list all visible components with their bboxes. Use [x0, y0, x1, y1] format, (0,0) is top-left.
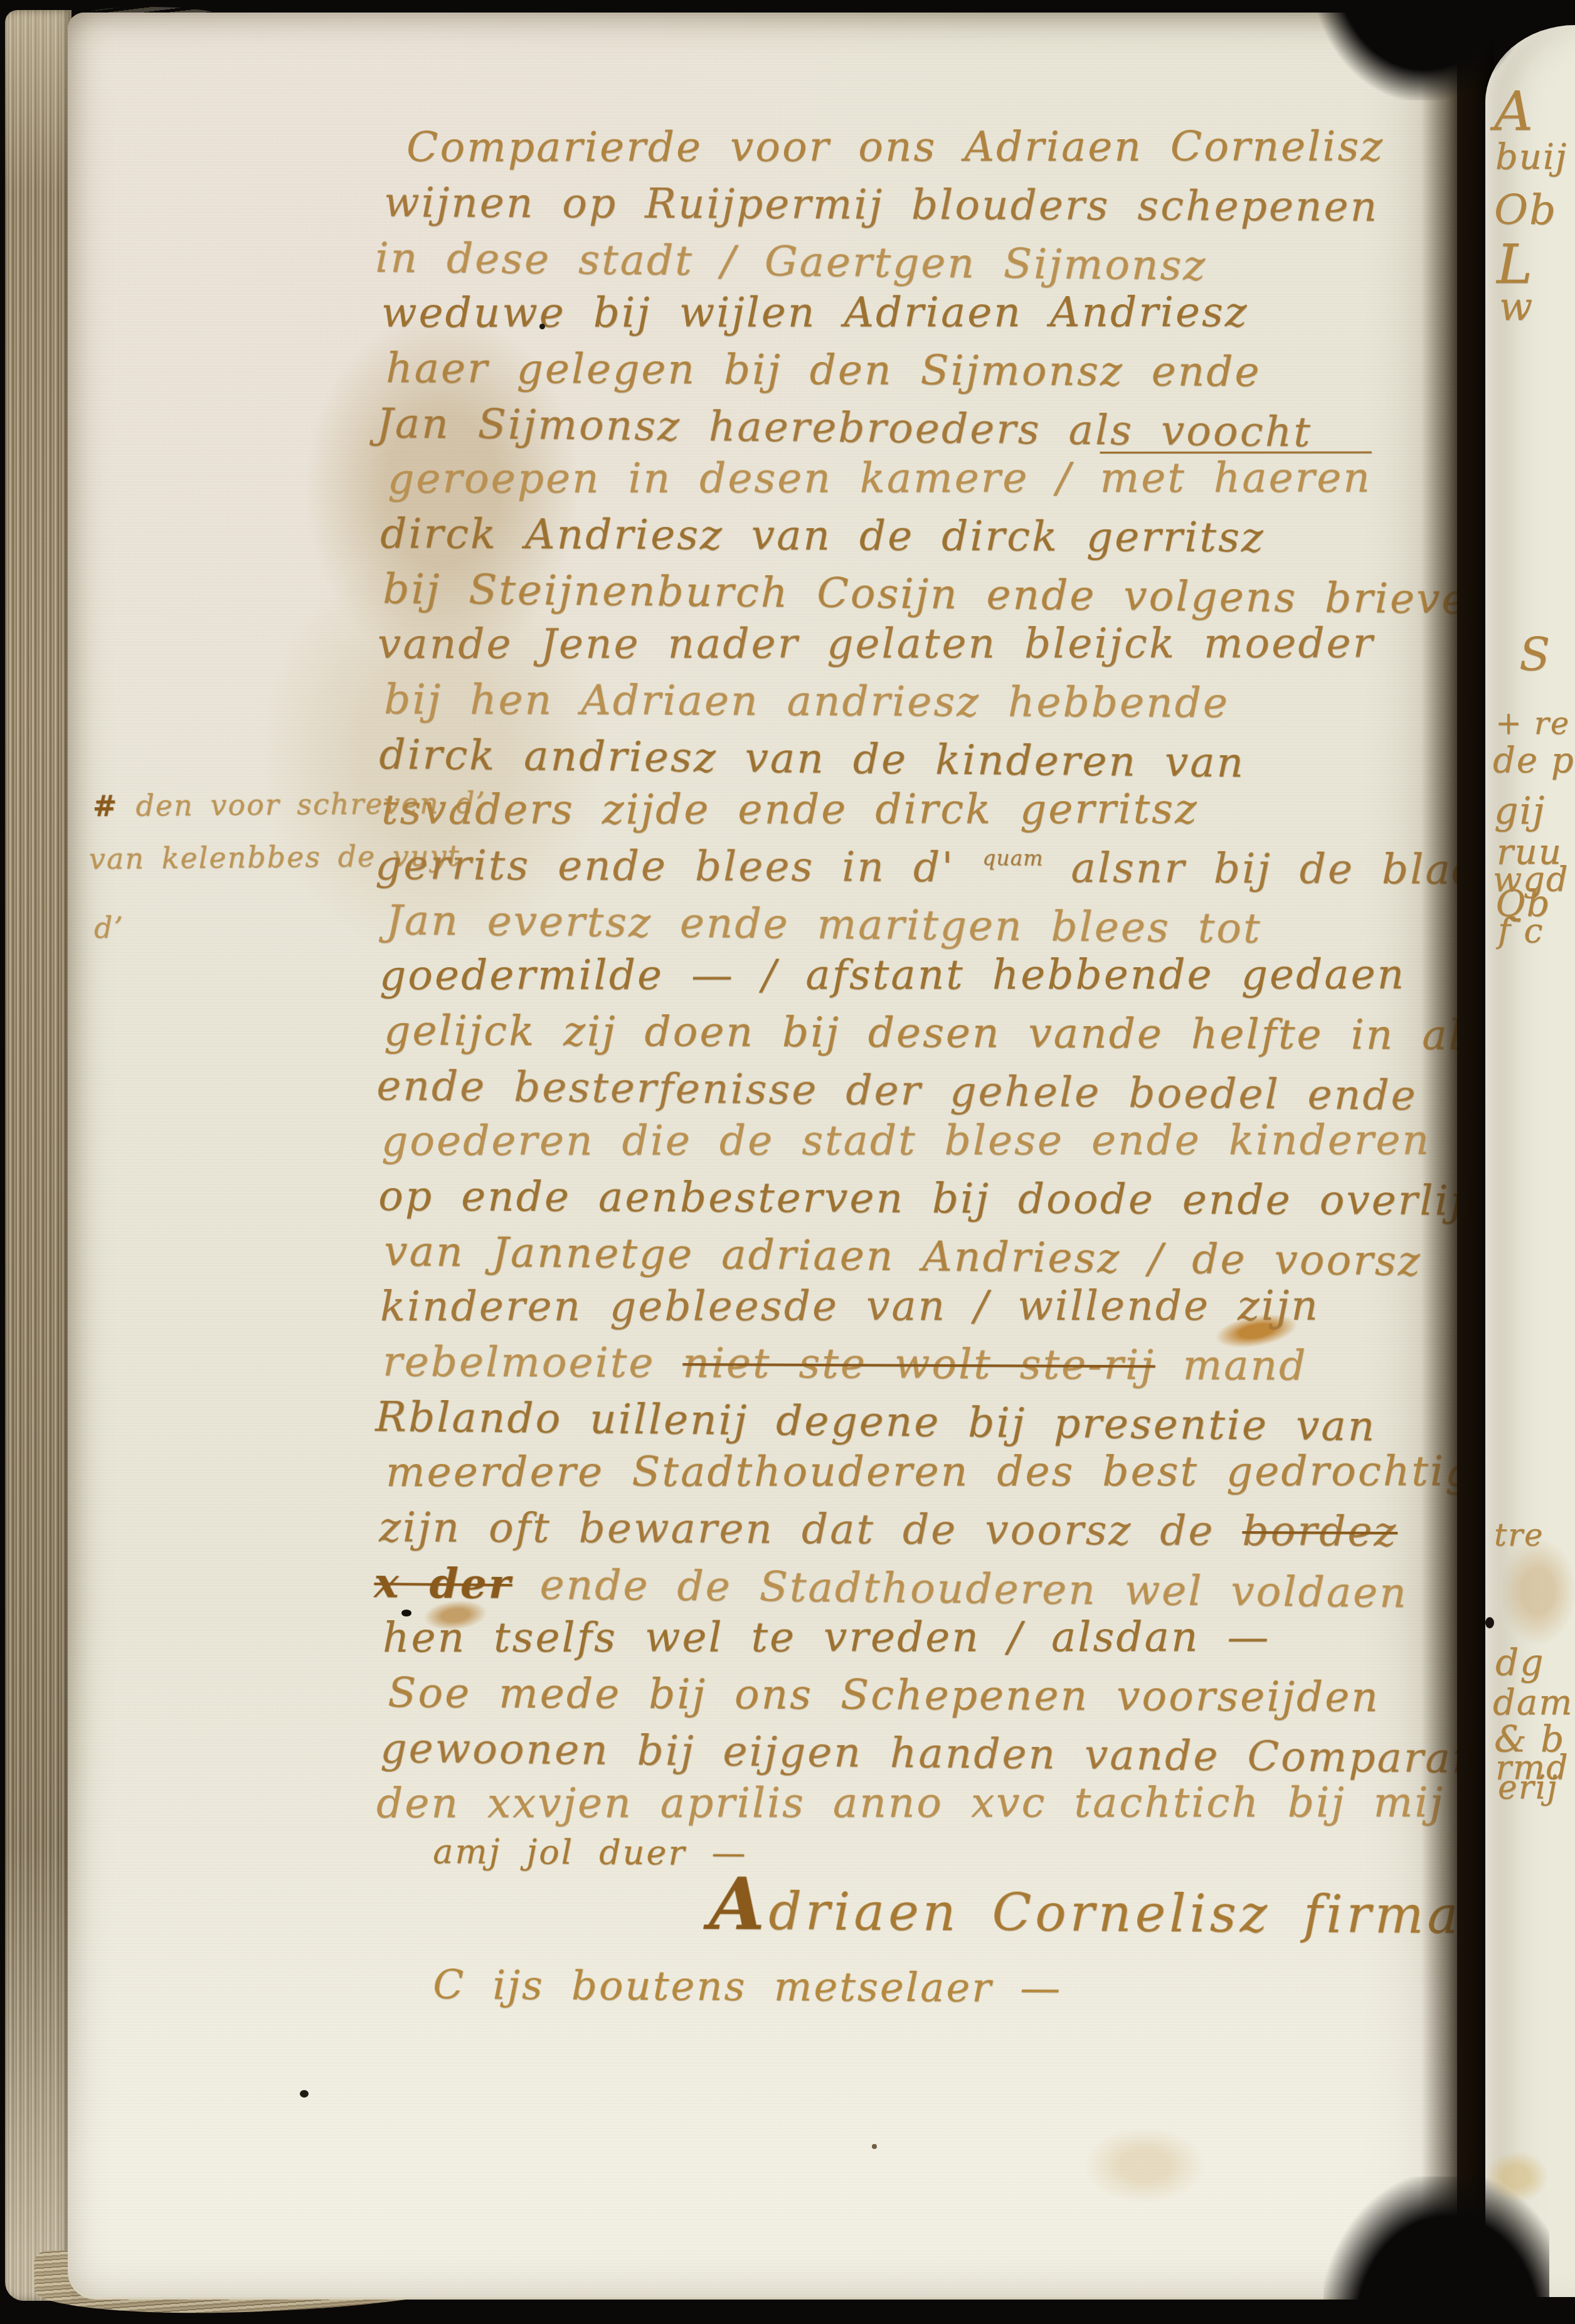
handwritten-line: Soe mede bij ons Schepenen voorseijden: [388, 1669, 1380, 1721]
handwriting-segment: gerrits ende blees in d': [375, 841, 982, 891]
facing-line-fragment: de p: [1493, 740, 1575, 781]
handwriting-segment: geroepen in desen kamere /: [388, 454, 1100, 502]
handwriting-segment: ende de Stadthouderen wel voldaen: [512, 1560, 1408, 1617]
signature: Adriaen Cornelisz firma: [709, 1862, 1457, 1950]
handwritten-line: weduwe bij wijlen Adriaen Andriesz: [381, 288, 1249, 337]
handwriting-segment: den xxvjen aprilis anno xvc tachtich bij…: [376, 1778, 1445, 1827]
closing-fragment: amj jol duer —: [433, 1832, 748, 1873]
handwriting-segment: weduwe bij wijlen Adriaen Andriesz: [381, 288, 1249, 337]
handwriting-segment: + re: [1495, 705, 1570, 741]
handwriting-segment: van Jannetge adriaen Andriesz / de voors…: [384, 1227, 1422, 1285]
handwritten-line: meerdere Stadthouderen des best gedrocht…: [386, 1446, 1457, 1496]
facing-line-fragment: buij: [1495, 137, 1567, 178]
handwriting-segment: wijnen op Ruijpermij blouders schepenen: [384, 178, 1379, 231]
handwritten-line: dirck Andriesz van de dirck gerritsz: [380, 509, 1265, 561]
handwriting-segment: #: [93, 788, 136, 823]
handwriting-segment: Comparierde voor ons Adriaen Cornelisz: [406, 122, 1384, 171]
handwriting-segment: haer gelegen bij den Sijmonsz ende: [386, 344, 1261, 396]
handwritten-line: Rblando uillenij degene bij presentie va…: [375, 1393, 1377, 1450]
handwriting-segment: dirck Andriesz van de dirck gerritsz: [380, 509, 1265, 561]
handwriting-segment: C ijs boutens metselaer —: [433, 1962, 1062, 2012]
handwriting-segment: quam: [982, 846, 1044, 870]
handwriting-segment: buij: [1495, 137, 1567, 178]
top-gutter-dark-area: [1311, 0, 1537, 100]
handwriting-segment: A: [709, 1862, 769, 1946]
facing-line-fragment: S: [1519, 629, 1551, 681]
manuscript-page: # den voor schreven d’van kelenbbes de v…: [68, 13, 1457, 2300]
handwritten-line: hen tselfs wel te vreden / alsdan —: [383, 1613, 1270, 1662]
handwritten-line: haer gelegen bij den Sijmonsz ende: [386, 344, 1261, 396]
handwritten-line: gelijck zij doen bij desen vande helfte …: [384, 1006, 1457, 1059]
handwriting-segment: bordez: [1242, 1507, 1397, 1556]
handwriting-segment: kinderen gebleesde van / willende zijn: [380, 1281, 1320, 1330]
handwriting-segment: w: [1499, 284, 1534, 329]
handwritten-line: Jan Sijmonsz haerebroeders als voocht: [376, 399, 1312, 456]
facing-line-fragment: w: [1499, 284, 1534, 329]
handwriting-segment: Jan evertsz ende maritgen blees tot: [386, 896, 1262, 952]
handwritten-line: zijn oft bewaren dat de voorsz de bordez: [379, 1503, 1397, 1556]
handwritten-line: Comparierde voor ons Adriaen Cornelisz: [406, 122, 1384, 171]
handwriting-segment: Ob: [1494, 186, 1557, 234]
handwritten-line: tsvaders zijde ende dirck gerritsz: [381, 785, 1199, 834]
handwriting-segment: S: [1519, 629, 1551, 681]
handwritten-line: goederen die de stadt blese ende kindere…: [381, 1116, 1431, 1165]
handwritten-line: gerrits ende blees in d' quam alsnr bij …: [375, 841, 1457, 894]
handwriting-segment: alsnr bij de bladen: [1043, 844, 1457, 894]
handwritten-line: vande Jene nader gelaten bleijck moeder: [378, 619, 1374, 668]
handwriting-segment: met haeren: [1100, 454, 1371, 502]
handwriting-segment: hen tselfs wel te vreden / alsdan —: [383, 1613, 1270, 1662]
book-fore-edge-stack: [5, 10, 72, 2301]
facing-line-fragment: gij: [1494, 789, 1546, 833]
handwriting-segment: d’: [94, 911, 125, 945]
handwritten-line: ende besterfenisse der gehele boedel end…: [376, 1061, 1418, 1120]
facing-line-fragment: erij: [1498, 1769, 1558, 1807]
handwriting-segment: meerdere Stadthouderen des best gedrocht…: [386, 1446, 1457, 1496]
book-gutter-shadow: [1421, 0, 1494, 2324]
facing-line-fragment: dg: [1495, 1641, 1544, 1684]
handwritten-line: x der ende de Stadthouderen wel voldaen: [374, 1558, 1408, 1617]
facing-line-fragment: f c: [1498, 911, 1544, 950]
handwriting-segment: dirck andriesz van de kinderen van: [379, 730, 1246, 787]
handwriting-segment: tsvaders zijde ende dirck gerritsz: [381, 785, 1199, 834]
handwriting-segment: op ende aenbesterven bij doode ende over…: [378, 1172, 1457, 1225]
handwriting-segment: driaen Cornelisz firma: [768, 1882, 1457, 1945]
handwriting-segment: x der: [374, 1558, 512, 1608]
handwriting-segment: gij: [1494, 789, 1546, 833]
handwriting-segment: f c: [1498, 911, 1544, 950]
handwritten-line: wijnen op Ruijpermij blouders schepenen: [384, 178, 1379, 231]
handwriting-segment: de p: [1493, 740, 1575, 781]
handwriting-segment: in dese stadt / Gaertgen Sijmonsz: [375, 233, 1207, 290]
manuscript-photo: # den voor schreven d’van kelenbbes de v…: [0, 0, 1575, 2324]
handwriting-segment: goederen die de stadt blese ende kindere…: [381, 1116, 1431, 1165]
handwritten-line: in dese stadt / Gaertgen Sijmonsz: [375, 233, 1207, 290]
handwriting-segment: erij: [1498, 1769, 1558, 1807]
handwriting-segment: Rblando uillenij degene bij presentie va…: [375, 1393, 1377, 1450]
handwritten-line: van Jannetge adriaen Andriesz / de voors…: [384, 1227, 1422, 1285]
facing-line-fragment: + re: [1495, 705, 1570, 741]
handwriting-segment: gelijck zij doen bij desen vande helfte …: [384, 1006, 1457, 1059]
handwritten-line: kinderen gebleesde van / willende zijn: [380, 1281, 1320, 1330]
handwritten-line: dirck andriesz van de kinderen van: [379, 730, 1246, 787]
handwriting-segment: rebelmoeite: [383, 1337, 682, 1387]
handwritten-line: rebelmoeite niet ste wolt ste-rij mand: [383, 1337, 1307, 1389]
margin-note: d’: [94, 911, 125, 945]
facing-line-fragment: tre: [1494, 1517, 1544, 1553]
handwriting-segment: vande Jene nader gelaten bleijck moeder: [378, 619, 1374, 668]
handwritten-line: Jan evertsz ende maritgen blees tot: [386, 896, 1262, 952]
handwriting-segment: amj jol duer —: [433, 1832, 748, 1873]
handwriting-segment: niet ste wolt ste-rij: [682, 1339, 1155, 1389]
bottom-gutter-dark-area: [1323, 2177, 1549, 2324]
handwriting-segment: mand: [1155, 1340, 1307, 1389]
handwriting-segment: dg: [1495, 1641, 1544, 1684]
mason-line: C ijs boutens metselaer —: [433, 1962, 1062, 2012]
handwritten-line: den xxvjen aprilis anno xvc tachtich bij…: [376, 1778, 1445, 1827]
handwritten-line: op ende aenbesterven bij doode ende over…: [378, 1172, 1457, 1225]
handwriting-segment: bij hen Adriaen andriesz hebbende: [384, 675, 1229, 727]
handwritten-line: goedermilde — / afstant hebbende gedaen: [379, 950, 1406, 999]
handwritten-line: bij hen Adriaen andriesz hebbende: [384, 675, 1229, 727]
handwriting-segment: zijn oft bewaren dat de voorsz de: [379, 1503, 1243, 1555]
handwriting-segment: Soe mede bij ons Schepenen voorseijden: [388, 1669, 1380, 1721]
facing-page-sliver: AbuijObLwS+ rede pgijruuwgdQbf ctredgdam…: [1485, 25, 1575, 2297]
handwritten-line: geroepen in desen kamere / met haeren: [388, 454, 1372, 502]
facing-line-fragment: Ob: [1494, 186, 1557, 234]
handwriting-segment: ende besterfenisse der gehele boedel end…: [376, 1061, 1418, 1120]
handwriting-segment: tre: [1494, 1517, 1544, 1553]
handwriting-segment: Jan Sijmonsz haerebroeders als voocht: [376, 399, 1312, 456]
handwriting-segment: goedermilde — / afstant hebbende gedaen: [379, 950, 1406, 999]
